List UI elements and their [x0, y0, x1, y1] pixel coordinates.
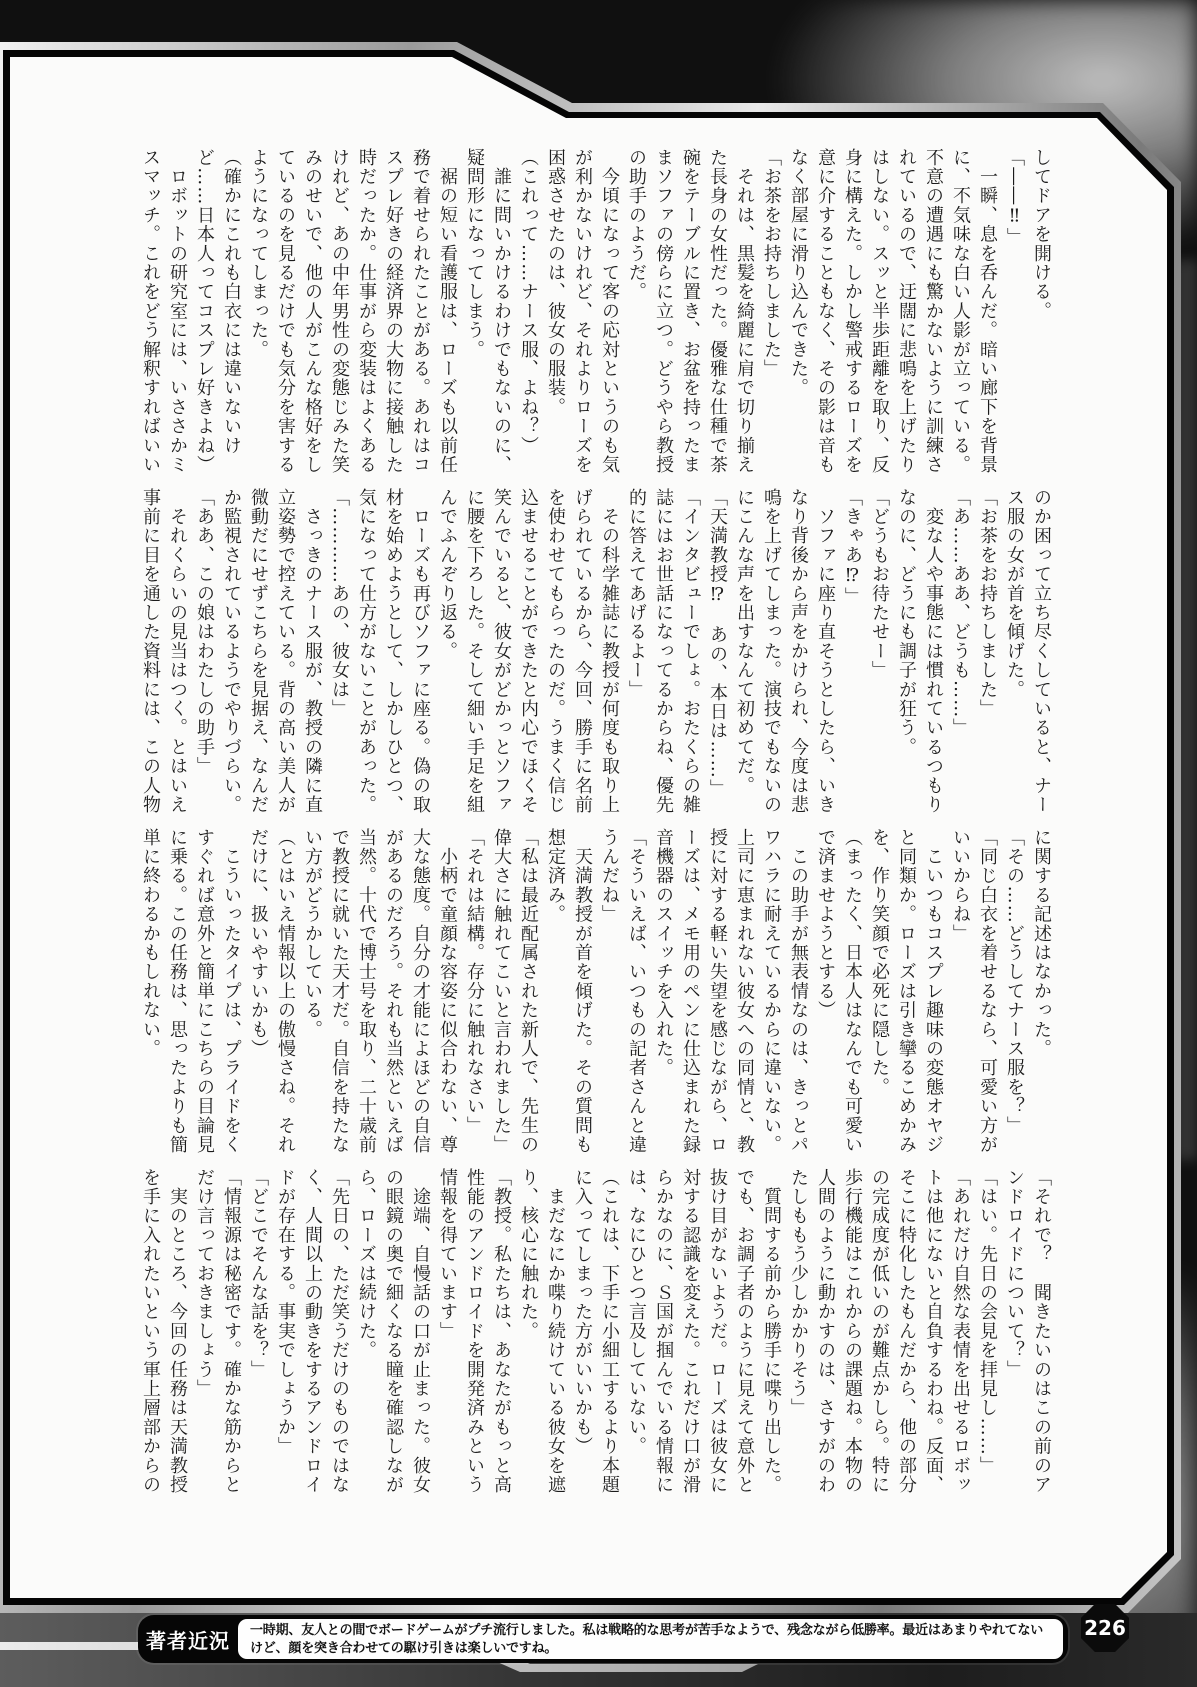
- text-band-1: してドアを開ける。 「――‼」 一瞬、息を呑んだ。暗い廊下を背景に、不気味な白い…: [137, 148, 1055, 478]
- text-band-4: 「それで？ 聞きたいのはこの前のアンドロイドについて？」 「はい。先日の会見を拝…: [137, 1168, 1055, 1498]
- author-note-bar: 著者近況 一時期、友人との間でボードゲームがプチ流行しました。私は戦略的な思考が…: [138, 1615, 1068, 1663]
- text-band-2: のか困って立ち尽くしていると、ナース服の女が首を傾げた。 「お茶をお持ちしました…: [137, 488, 1055, 818]
- book-page: してドアを開ける。 「――‼」 一瞬、息を呑んだ。暗い廊下を背景に、不気味な白い…: [0, 0, 1197, 1687]
- author-note-box: 一時期、友人との間でボードゲームがプチ流行しました。私は戦略的な思考が苦手なよう…: [238, 1619, 1063, 1659]
- page-number: 226: [1084, 1616, 1126, 1640]
- page-number-badge: 226: [1081, 1604, 1129, 1652]
- author-note-text: 一時期、友人との間でボードゲームがプチ流行しました。私は戦略的な思考が苦手なよう…: [250, 1622, 1051, 1659]
- author-note-label: 著者近況: [138, 1625, 238, 1654]
- text-band-3: に関する記述はなかった。 「その……どうしてナース服を？」 「同じ白衣を着せるな…: [137, 828, 1055, 1158]
